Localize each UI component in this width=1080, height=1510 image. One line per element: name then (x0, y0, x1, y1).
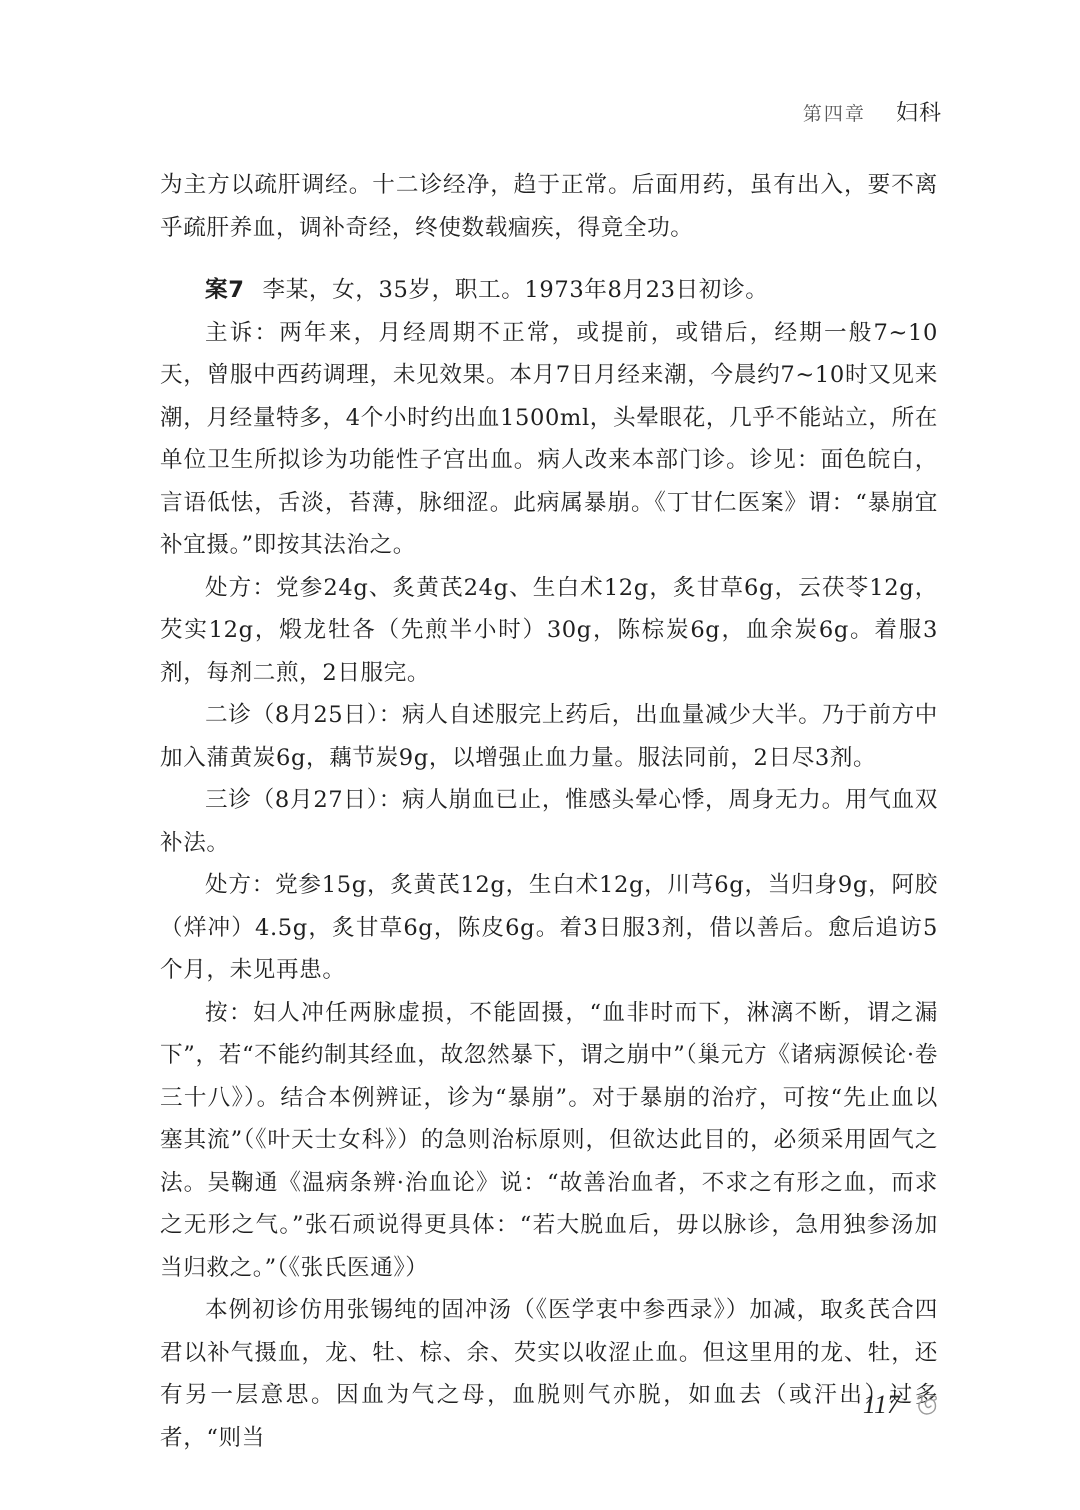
prescription-2-paragraph: 处方：党参15g，炙黄芪12g，生白术12g，川芎6g，当归身9g，阿胶（烊冲）… (160, 864, 938, 992)
chapter-label: 第四章 (803, 103, 866, 125)
second-visit-paragraph: 二诊（8月25日）：病人自述服完上药后，出血量减少大半。乃于前方中加入蒲黄炭6g… (160, 694, 938, 779)
commentary-paragraph: 按：妇人冲任两脉虚损，不能固摄，“血非时而下，淋漓不断，谓之漏下”，若“不能约制… (160, 992, 938, 1290)
page-footer: 117 (863, 1390, 940, 1420)
section-title: 妇科 (896, 101, 942, 126)
case-label: 案7 (205, 277, 245, 303)
decorative-swirl-icon (914, 1392, 940, 1418)
chief-complaint-paragraph: 主诉：两年来，月经周期不正常，或提前，或错后，经期一般7~10天，曾服中西药调理… (160, 312, 938, 567)
page-number: 117 (863, 1390, 900, 1420)
running-head: 第四章 妇科 (803, 96, 942, 127)
case-heading: 案7李某，女，35岁，职工。1973年8月23日初诊。 (160, 269, 938, 312)
third-visit-paragraph: 三诊（8月27日）：病人崩血已止，惟感头晕心悸，周身无力。用气血双补法。 (160, 779, 938, 864)
analysis-paragraph: 本例初诊仿用张锡纯的固冲汤（《医学衷中参西录》）加减，取炙芪合四君以补气摄血，龙… (160, 1289, 938, 1459)
page-body: 为主方以疏肝调经。十二诊经净，趋于正常。后面用药，虽有出入，要不离乎疏肝养血，调… (160, 164, 938, 1459)
prescription-1-paragraph: 处方：党参24g、炙黄芪24g、生白术12g，炙甘草6g，云茯苓12g，芡实12… (160, 567, 938, 695)
case-intro: 李某，女，35岁，职工。1973年8月23日初诊。 (263, 277, 769, 303)
continuation-paragraph: 为主方以疏肝调经。十二诊经净，趋于正常。后面用药，虽有出入，要不离乎疏肝养血，调… (160, 164, 938, 249)
